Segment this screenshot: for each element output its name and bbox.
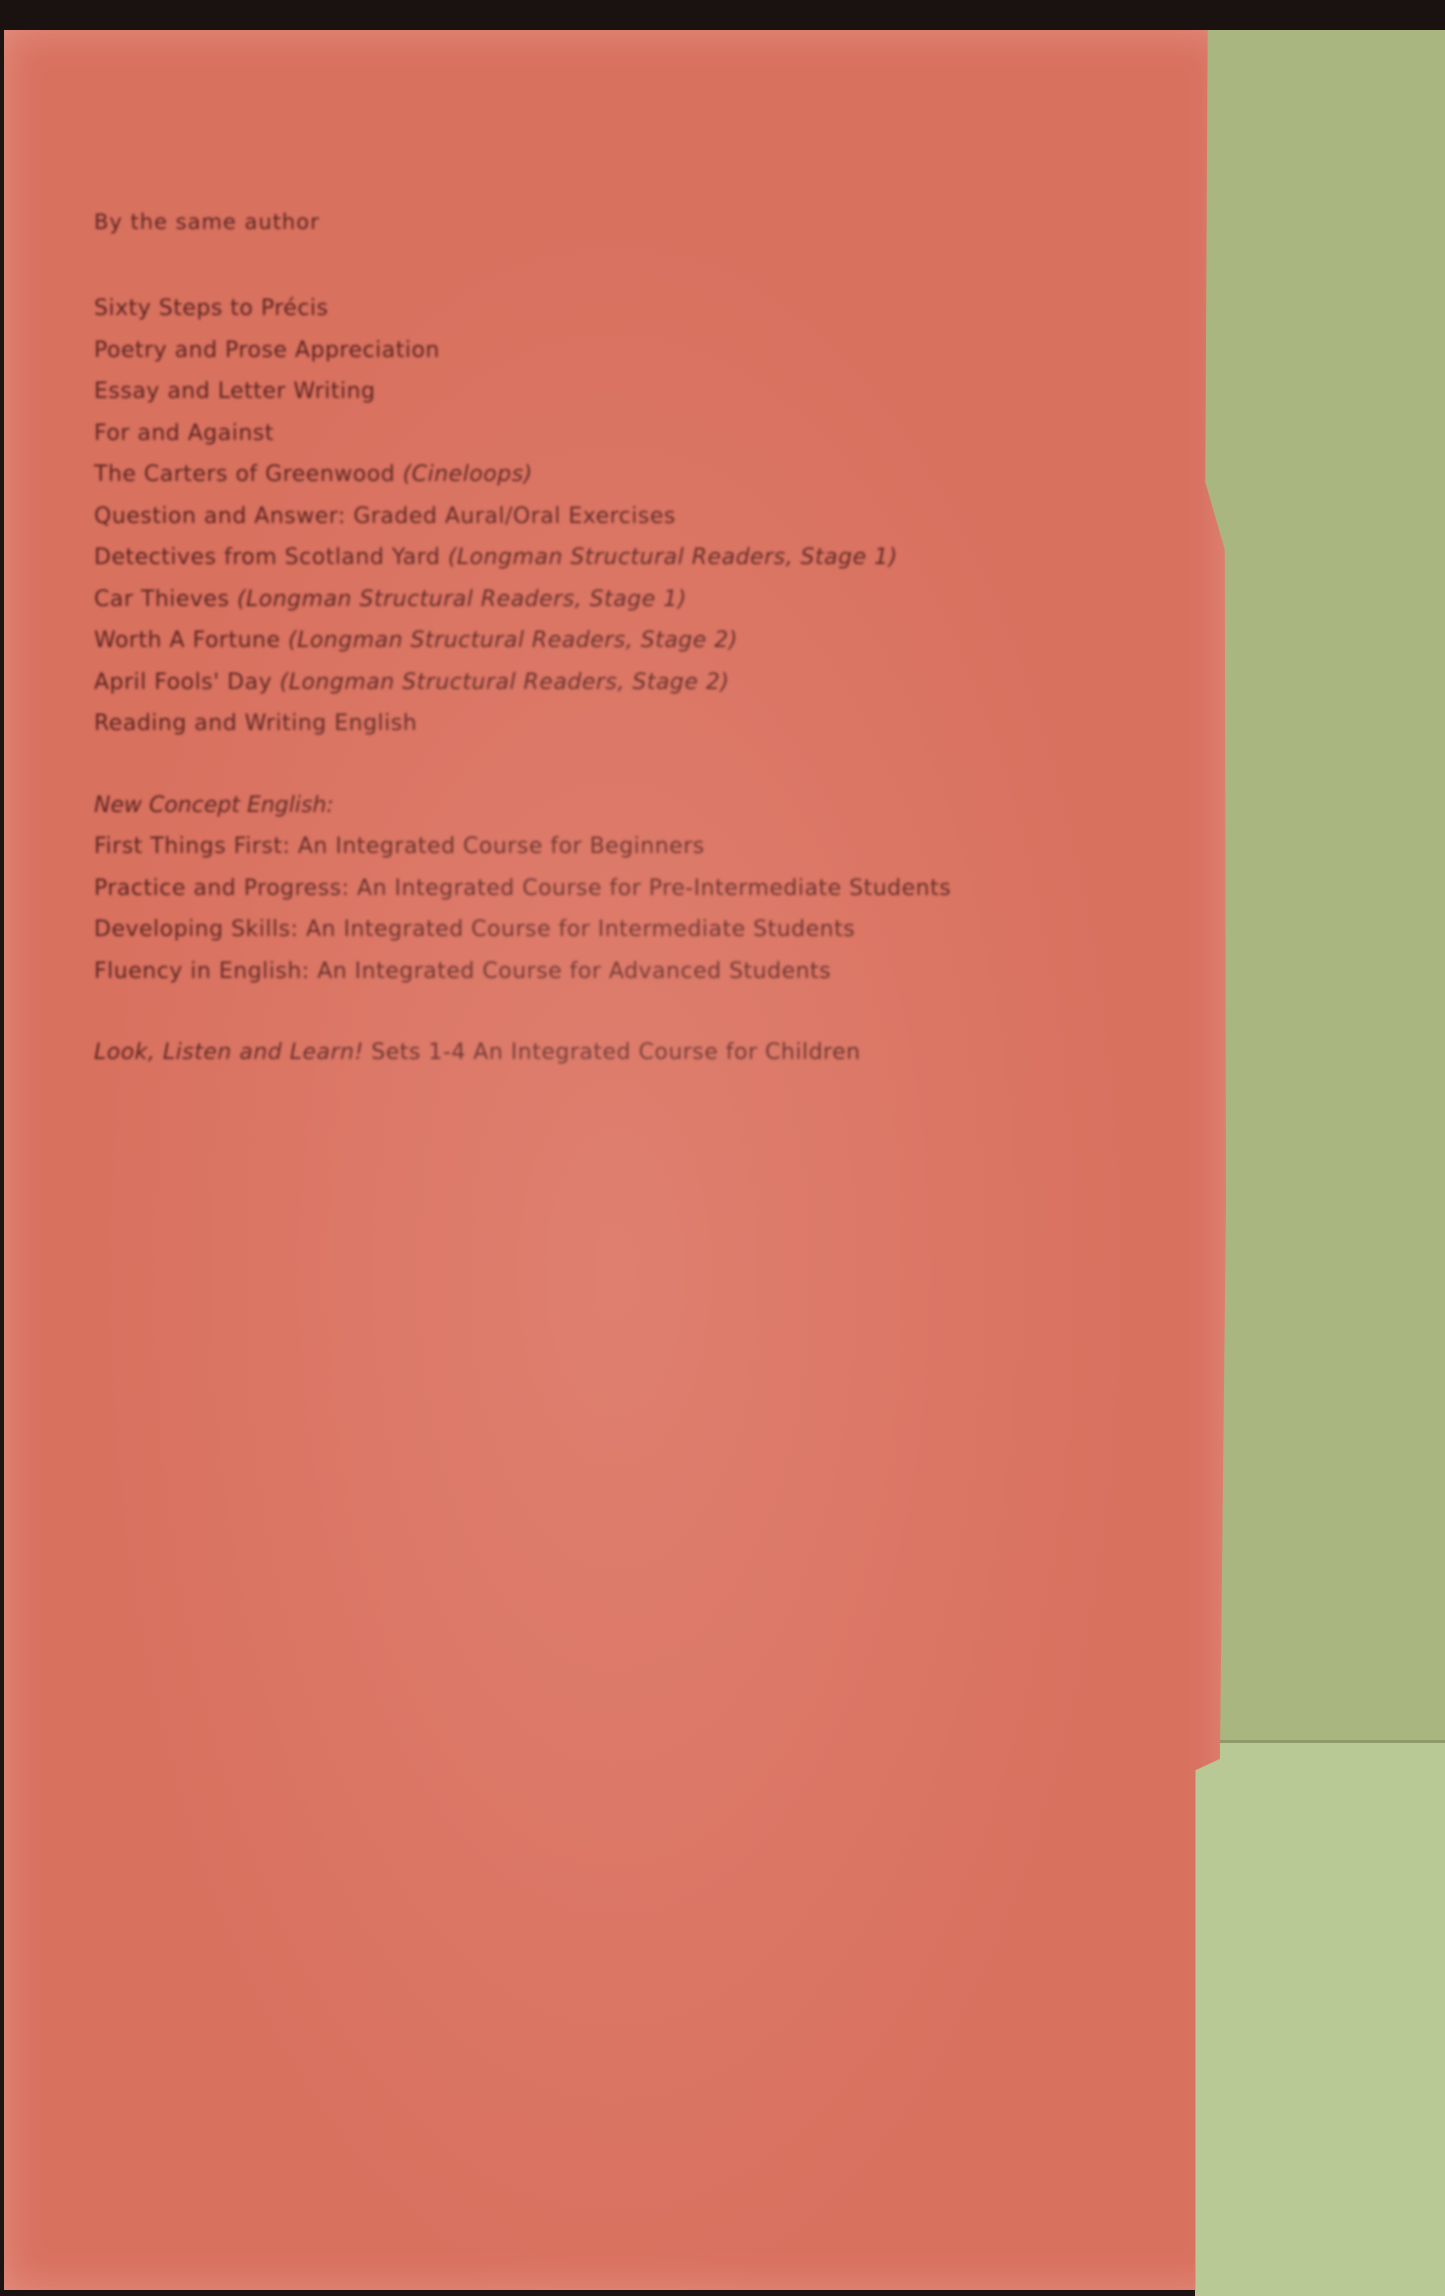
children-course-title: Look, Listen and Learn!	[94, 1040, 364, 1065]
book-back-cover: By the same author Sixty Steps to Précis…	[4, 30, 1226, 2290]
book-spine-green-lower	[1195, 1740, 1445, 2296]
title-item: The Carters of Greenwood (Cineloops)	[94, 454, 951, 496]
title-item: Essay and Letter Writing	[94, 371, 951, 413]
bibliography-heading: By the same author	[94, 210, 951, 234]
title-item: Worth A Fortune (Longman Structural Read…	[94, 620, 951, 662]
author-bibliography: By the same author Sixty Steps to Précis…	[94, 210, 951, 1074]
series-item: First Things First: An Integrated Course…	[94, 826, 951, 868]
series-list: New Concept English: First Things First:…	[94, 785, 951, 993]
title-item: Sixty Steps to Précis	[94, 288, 951, 330]
series-heading: New Concept English:	[94, 785, 951, 827]
book-spine-green	[1200, 30, 1445, 1740]
title-item: April Fools' Day (Longman Structural Rea…	[94, 662, 951, 704]
series-item: Developing Skills: An Integrated Course …	[94, 909, 951, 951]
title-item: Question and Answer: Graded Aural/Oral E…	[94, 496, 951, 538]
series-item: Practice and Progress: An Integrated Cou…	[94, 868, 951, 910]
children-course-desc: Sets 1-4 An Integrated Course for Childr…	[371, 1040, 860, 1065]
children-course: Look, Listen and Learn! Sets 1-4 An Inte…	[94, 1032, 951, 1074]
title-item: Car Thieves (Longman Structural Readers,…	[94, 579, 951, 621]
series-item: Fluency in English: An Integrated Course…	[94, 951, 951, 993]
title-item: For and Against	[94, 413, 951, 455]
title-item: Detectives from Scotland Yard (Longman S…	[94, 537, 951, 579]
title-list: Sixty Steps to Précis Poetry and Prose A…	[94, 288, 951, 745]
title-item: Reading and Writing English	[94, 703, 951, 745]
title-item: Poetry and Prose Appreciation	[94, 330, 951, 372]
